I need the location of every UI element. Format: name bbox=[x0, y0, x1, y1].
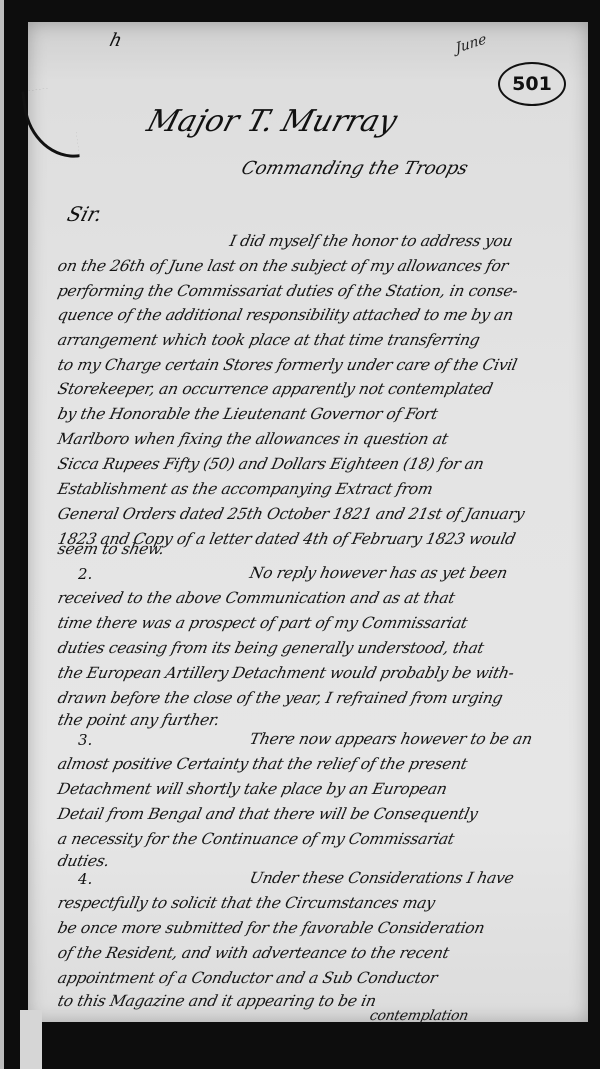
text-line: seem to shew. bbox=[56, 540, 166, 558]
salutation: Sir. bbox=[65, 202, 106, 226]
text-line: duties ceasing from its being generally … bbox=[56, 639, 485, 657]
text-line: the European Artillery Detachment would … bbox=[56, 664, 516, 682]
text-line: There now appears however to be an bbox=[248, 730, 534, 748]
text-line: received to the above Communication and … bbox=[56, 589, 456, 607]
text-line: No reply however has as yet been bbox=[248, 564, 509, 582]
text-line: General Orders dated 25th October 1821 a… bbox=[56, 505, 526, 523]
text-line: I did myself the honor to address you bbox=[228, 232, 514, 250]
text-line: Detachment will shortly take place by an… bbox=[56, 780, 448, 798]
paper-edge bbox=[20, 1010, 42, 1069]
text-line: time there was a prospect of part of my … bbox=[56, 614, 469, 632]
text-line: performing the Commissariat duties of th… bbox=[56, 282, 519, 300]
scan-edge bbox=[0, 0, 4, 1069]
page-number-stamp: 501 bbox=[498, 62, 566, 106]
text-line: Storekeeper, an occurrence apparently no… bbox=[56, 380, 494, 398]
text-line: be once more submitted for the favorable… bbox=[56, 919, 486, 937]
text-line: a necessity for the Continuance of my Co… bbox=[56, 830, 456, 848]
text-line: almost positive Certainty that the relie… bbox=[56, 755, 469, 773]
paragraph-number: 3. bbox=[78, 731, 92, 749]
text-line: of the Resident, and with adverteance to… bbox=[56, 944, 451, 962]
text-line: Marlboro when fixing the allowances in q… bbox=[56, 430, 450, 448]
text-line: Under these Considerations I have bbox=[248, 869, 515, 887]
text-line: quence of the additional responsibility … bbox=[56, 306, 515, 324]
paragraph-number: 2. bbox=[78, 565, 92, 583]
addressee: Major T. Murray bbox=[143, 104, 401, 139]
text-line: Establishment as the accompanying Extrac… bbox=[56, 480, 434, 498]
text-line: to this Magazine and it appearing to be … bbox=[56, 992, 378, 1010]
text-line: arrangement which took place at that tim… bbox=[56, 331, 481, 349]
text-line: the point any further. bbox=[56, 711, 221, 729]
text-line: respectfully to solicit that the Circums… bbox=[56, 894, 437, 912]
text-line: by the Honorable the Lieutenant Governor… bbox=[56, 405, 439, 423]
text-line: duties. bbox=[56, 852, 111, 870]
addressee-title: Commanding the Troops bbox=[239, 158, 470, 179]
catchword: contemplation bbox=[368, 1008, 469, 1024]
text-line: on the 26th of June last on the subject … bbox=[56, 257, 510, 275]
paragraph-number: 4. bbox=[78, 870, 92, 888]
text-line: Detail from Bengal and that there will b… bbox=[56, 805, 479, 823]
text-line: Sicca Rupees Fifty (50) and Dollars Eigh… bbox=[56, 455, 485, 473]
text-line: appointment of a Conductor and a Sub Con… bbox=[56, 969, 439, 987]
text-line: to my Charge certain Stores formerly und… bbox=[56, 356, 518, 374]
text-line: drawn before the close of the year, I re… bbox=[56, 689, 504, 707]
